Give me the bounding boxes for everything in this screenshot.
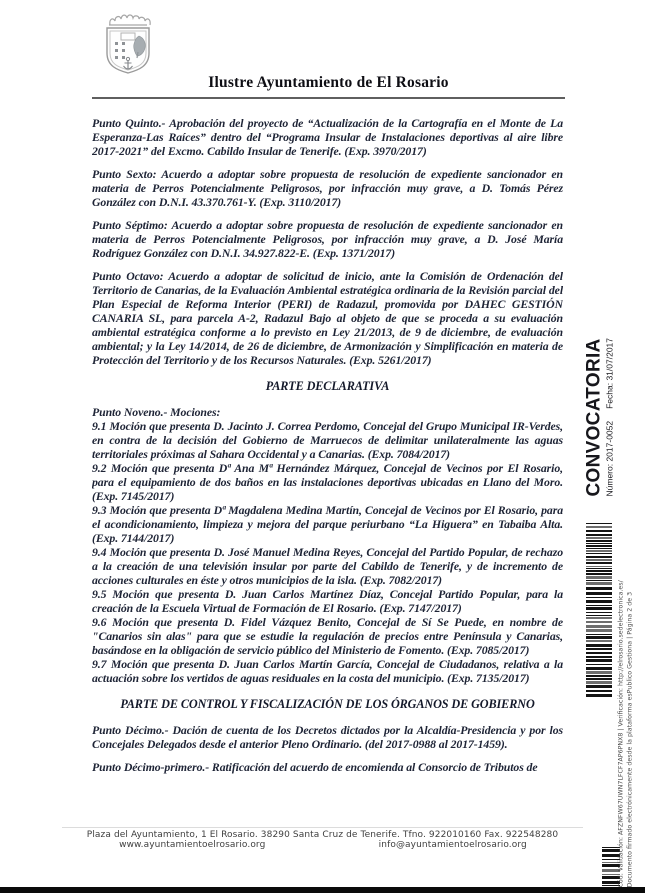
page-footer: Plaza del Ayuntamiento, 1 El Rosario. 38… <box>62 827 583 850</box>
agenda-item-punto-decimo: Punto Décimo.- Dación de cuenta de los D… <box>92 723 563 751</box>
page-bottom-edge <box>0 887 645 893</box>
motion-item: 9.4 Moción que presenta D. José Manuel M… <box>92 545 563 587</box>
validation-line1: Cód. Validación: AFZNFW67UWN7LFCF7AP6PNX… <box>618 545 627 888</box>
validation-line2: Documento firmado electrónicamente desde… <box>626 545 635 888</box>
footer-website: www.ayuntamientoelrosario.org <box>62 840 323 850</box>
page-title: Ilustre Ayuntamiento de El Rosario <box>92 74 565 92</box>
footer-address: Plaza del Ayuntamiento, 1 El Rosario. 38… <box>62 830 583 840</box>
motion-item: 9.6 Moción que presenta D. Fidel Vázquez… <box>92 615 563 657</box>
document-page: Ilustre Ayuntamiento de El Rosario Punto… <box>0 0 645 893</box>
footer-email: info@ayuntamientoelrosario.org <box>323 840 584 850</box>
agenda-item-punto-decimo-primero: Punto Décimo-primero.- Ratificación del … <box>92 760 563 774</box>
agenda-item-punto-octavo: Punto Octavo: Acuerdo a adoptar de solic… <box>92 269 563 367</box>
agenda-item-punto-quinto: Punto Quinto.- Aprobación del proyecto d… <box>92 116 563 158</box>
agenda-item-punto-noveno: Punto Noveno.- Mociones: <box>92 405 563 419</box>
section-heading-parte-declarativa: PARTE DECLARATIVA <box>92 379 563 393</box>
motion-item: 9.1 Moción que presenta D. Jacinto J. Co… <box>92 419 563 461</box>
motion-item: 9.5 Moción que presenta D. Juan Carlos M… <box>92 587 563 615</box>
header-divider <box>92 97 565 99</box>
sidebar-doc-stamp: CONVOCATORIA Número: 2017-0052 Fecha: 31… <box>585 330 617 497</box>
doc-date: Fecha: 31/07/2017 <box>605 338 615 409</box>
doc-number: Número: 2017-0052 <box>605 421 615 497</box>
doc-type-label: CONVOCATORIA <box>585 330 605 497</box>
motion-item: 9.3 Moción que presenta Dª Magdalena Med… <box>92 503 563 545</box>
agenda-item-punto-septimo: Punto Séptimo: Acuerdo a adoptar sobre p… <box>92 218 563 260</box>
barcode <box>586 523 612 700</box>
agenda-item-punto-sexto: Punto Sexto: Acuerdo a adoptar sobre pro… <box>92 167 563 209</box>
motion-item: 9.2 Moción que presenta Dª Ana Mª Hernán… <box>92 461 563 503</box>
motions-block: Punto Noveno.- Mociones: 9.1 Moción que … <box>92 405 563 685</box>
motion-item: 9.7 Moción que presenta D. Juan Carlos M… <box>92 657 563 685</box>
validation-text: Cód. Validación: AFZNFW67UWN7LFCF7AP6PNX… <box>618 545 636 888</box>
coat-of-arms-icon <box>95 12 161 76</box>
document-body: Punto Quinto.- Aprobación del proyecto d… <box>92 116 563 828</box>
section-heading-parte-control: PARTE DE CONTROL Y FISCALIZACIÓN DE LOS … <box>92 697 563 711</box>
